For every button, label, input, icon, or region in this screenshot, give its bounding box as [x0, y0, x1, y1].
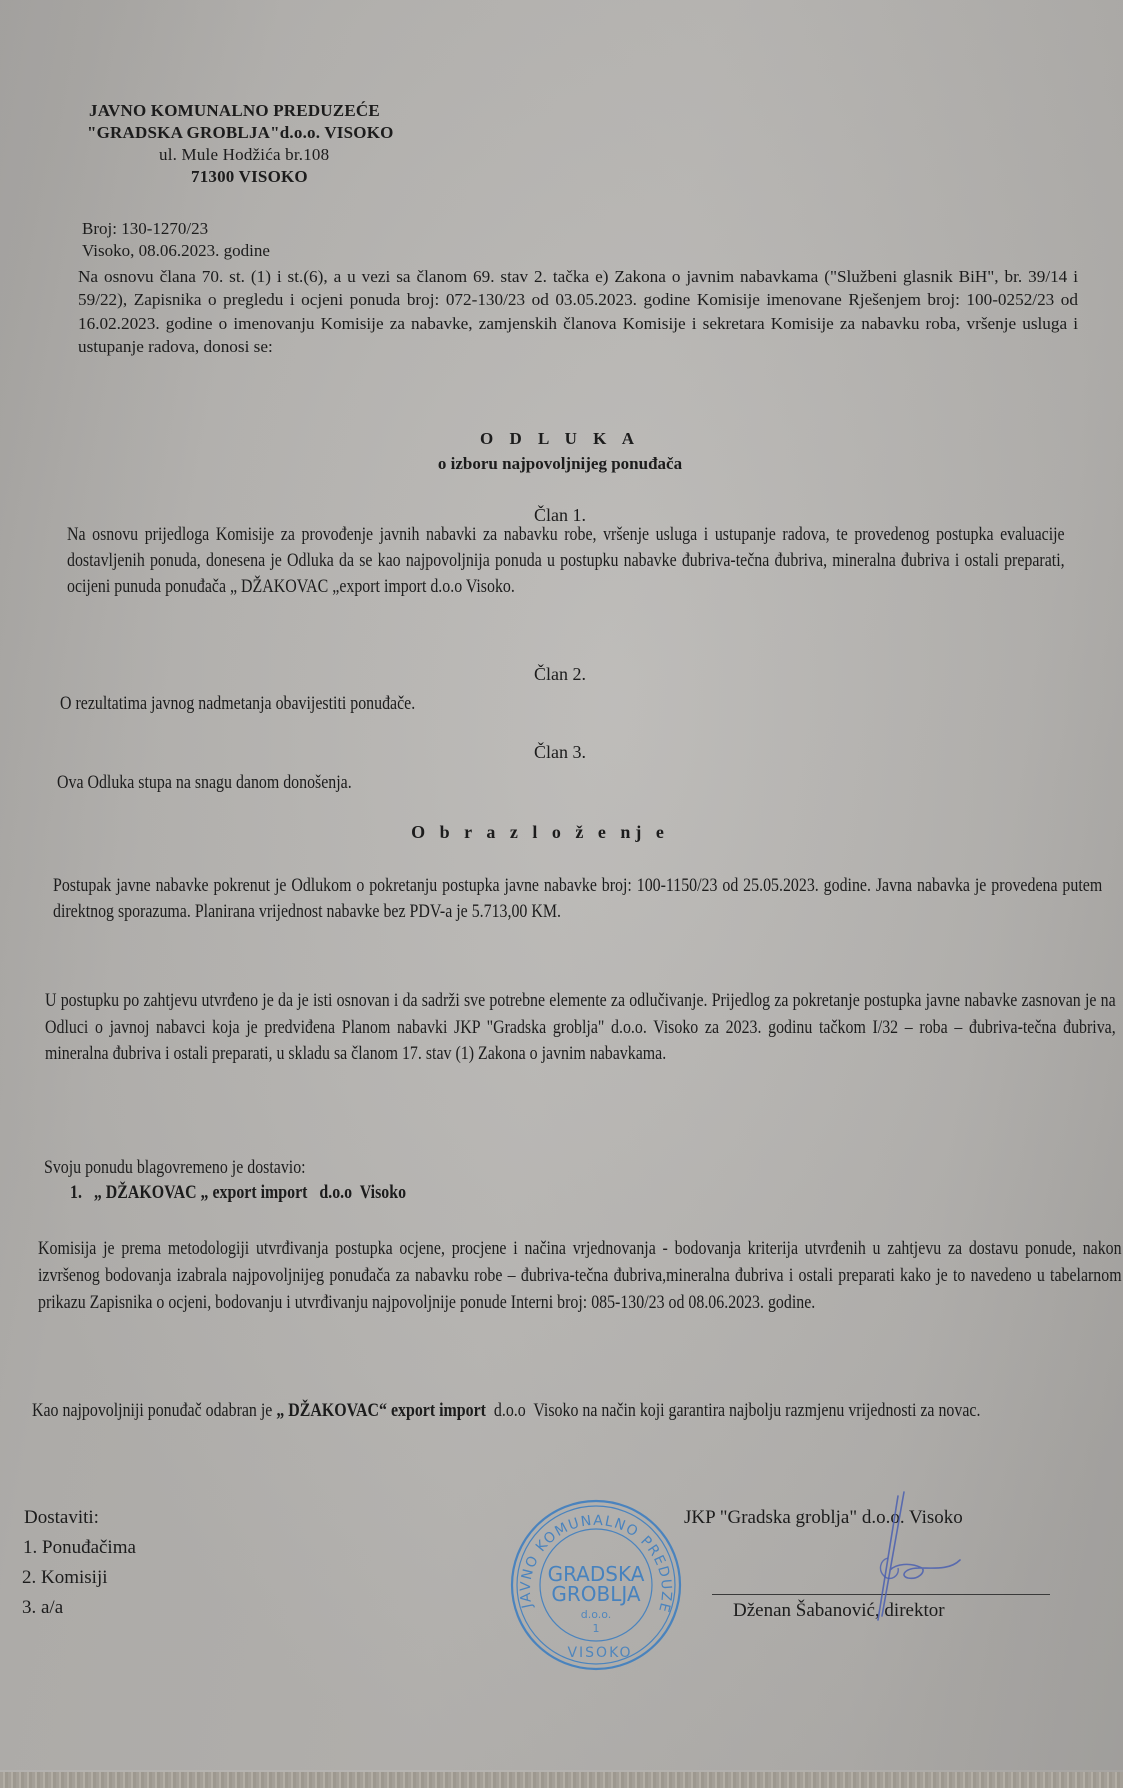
reasoning-heading: O b r a z l o ž e nj e — [20, 822, 1060, 843]
selected-outro: d.o.o Visoko na način koji garantira naj… — [486, 1401, 980, 1421]
article-1-text: Na osnovu prijedloga Komisije za provođe… — [67, 522, 1123, 601]
org-address: ul. Mule Hodžića br.108 — [87, 144, 507, 166]
distribution-item: 1. Ponuđačima — [22, 1533, 136, 1563]
article-2-heading: Član 2. — [40, 664, 1080, 685]
org-name-line1: JAVNO KOMUNALNO PREDUZEĆE — [87, 100, 507, 122]
article-3-heading: Član 3. — [40, 742, 1080, 763]
stamp-bottom-text: VISOKO — [567, 1645, 632, 1661]
reference-number: Broj: 130-1270/23 — [82, 218, 270, 240]
stamp-line2: GROBLJA — [551, 1582, 641, 1606]
stamp-line3: d.o.o. — [581, 1608, 612, 1621]
preamble: Na osnovu člana 70. st. (1) i st.(6), a … — [78, 265, 1078, 359]
org-name-line2: "GRADSKA GROBLJA"d.o.o. VISOKO — [87, 122, 507, 144]
decision-title-main: O D L U K A — [40, 428, 1080, 450]
distribution-item: 3. a/a — [22, 1593, 136, 1623]
distribution-item: 2. Komisiji — [22, 1563, 136, 1593]
bidders-list: 1. „ DŽAKOVAC „ export import d.o.o Viso… — [70, 1180, 870, 1206]
selected-bidder: „ DŽAKOVAC“ export import — [276, 1401, 486, 1421]
reference-block: Broj: 130-1270/23 Visoko, 08.06.2023. go… — [82, 218, 270, 262]
official-stamp: JAVNO KOMUNALNO PREDUZEĆE GRADSKA GROBLJ… — [508, 1497, 684, 1673]
bidders-intro: Svoju ponudu blagovremeno je dostavio: — [44, 1155, 844, 1181]
bidder-item: 1. „ DŽAKOVAC „ export import d.o.o Viso… — [70, 1180, 758, 1206]
decision-title: O D L U K A o izboru najpovoljnijeg ponu… — [40, 428, 1080, 475]
article-3-text: Ova Odluka stupa na snagu danom donošenj… — [57, 770, 1123, 796]
reference-place-date: Visoko, 08.06.2023. godine — [82, 240, 270, 262]
distribution-list: Dostaviti: 1. Ponuđačima 2. Komisiji 3. … — [22, 1503, 136, 1623]
stamp-line4: 1 — [593, 1622, 600, 1635]
decision-subtitle: o izboru najpovoljnijeg ponuđača — [40, 453, 1080, 475]
reasoning-paragraph-2: U postupku po zahtjevu utvrđeno je da je… — [45, 988, 1123, 1068]
reasoning-paragraph-4: Kao najpovoljniji ponuđač odabran je „ D… — [32, 1398, 1123, 1425]
handwritten-signature — [860, 1488, 980, 1628]
reasoning-paragraph-3: Komisija je prema metodologiji utvrđivan… — [38, 1236, 1123, 1316]
desk-edge — [0, 1772, 1123, 1788]
reasoning-paragraph-1: Postupak javne nabavke pokrenut je Odluk… — [53, 873, 1123, 925]
selected-intro: Kao najpovoljniji ponuđač odabran je — [32, 1401, 276, 1421]
letterhead: JAVNO KOMUNALNO PREDUZEĆE "GRADSKA GROBL… — [87, 100, 507, 188]
org-city: 71300 VISOKO — [87, 166, 507, 188]
article-2-text: O rezultatima javnog nadmetanja obavijes… — [60, 691, 1123, 717]
distribution-label: Dostaviti: — [22, 1503, 136, 1533]
